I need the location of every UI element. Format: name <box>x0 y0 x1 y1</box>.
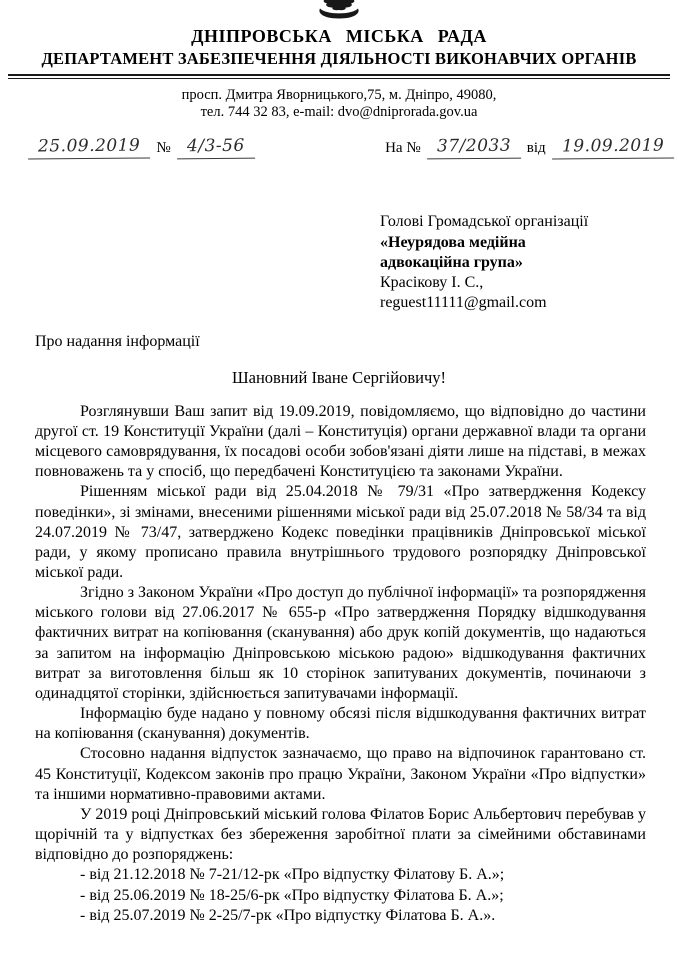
body-paragraph: Рішенням міської ради від 25.04.2018 № 7… <box>35 482 646 583</box>
department-name: ДЕПАРТАМЕНТ ЗАБЕЗПЕЧЕННЯ ДІЯЛЬНОСТІ ВИКО… <box>0 50 678 69</box>
salutation: Шановний Іване Сергійовичу! <box>0 368 678 388</box>
body-paragraph: Стосовно надання відпусток зазначаємо, щ… <box>35 744 646 804</box>
outgoing-reference: 25.09.2019 № 4/3-56 <box>28 136 254 159</box>
body-paragraph: Інформацію буде надано у повному обсязі … <box>35 704 646 744</box>
number-label: № <box>156 140 170 159</box>
address-line-1: просп. Дмитра Яворницького,75, м. Дніпро… <box>0 88 678 103</box>
outgoing-number-handwritten: 4/3-56 <box>177 136 255 160</box>
outgoing-date-handwritten: 25.09.2019 <box>28 136 151 160</box>
org-name: ДНІПРОВСЬКА МІСЬКА РАДА <box>0 27 678 47</box>
city-coat-of-arms-icon <box>316 0 362 21</box>
recipient-line: Голові Громадської організації <box>380 212 658 232</box>
incoming-reference: На № 37/2033 від 19.09.2019 <box>385 136 674 159</box>
incoming-number-handwritten: 37/2033 <box>427 136 521 160</box>
letter-body: Розглянувши Ваш запит від 19.09.2019, по… <box>35 402 646 926</box>
recipient-line: адвокаційна група» <box>380 253 658 273</box>
body-paragraph: У 2019 році Дніпровський міський голова … <box>35 805 646 865</box>
reference-row: 25.09.2019 № 4/3-56 На № 37/2033 від 19.… <box>28 136 674 159</box>
org-address: просп. Дмитра Яворницького,75, м. Дніпро… <box>0 88 678 120</box>
from-date-label: від <box>527 140 546 159</box>
order-list-item: - від 21.12.2018 № 7-21/12-рк «Про відпу… <box>35 865 646 885</box>
incoming-number-label: На № <box>385 140 421 159</box>
order-list-item: - від 25.07.2019 № 2-25/7-рк «Про відпус… <box>35 906 646 926</box>
recipient-block: Голові Громадської організації «Неурядов… <box>380 212 658 314</box>
order-list-item: - від 25.06.2019 № 18-25/6-рк «Про відпу… <box>35 886 646 906</box>
scanned-letter-page: ДНІПРОВСЬКА МІСЬКА РАДА ДЕПАРТАМЕНТ ЗАБЕ… <box>0 0 678 960</box>
recipient-email: reguest11111@gmail.com <box>380 293 658 313</box>
body-paragraph: Згідно з Законом України «Про доступ до … <box>35 583 646 704</box>
recipient-line: Красікову І. С., <box>380 273 658 293</box>
subject-line: Про надання інформації <box>35 333 678 351</box>
recipient-line: «Неурядова медійна <box>380 233 658 253</box>
address-line-2: тел. 744 32 83, e-mail: dvo@dniprorada.g… <box>0 105 678 120</box>
letterhead-divider <box>8 74 670 79</box>
incoming-date-handwritten: 19.09.2019 <box>552 136 675 160</box>
body-paragraph: Розглянувши Ваш запит від 19.09.2019, по… <box>35 402 646 483</box>
